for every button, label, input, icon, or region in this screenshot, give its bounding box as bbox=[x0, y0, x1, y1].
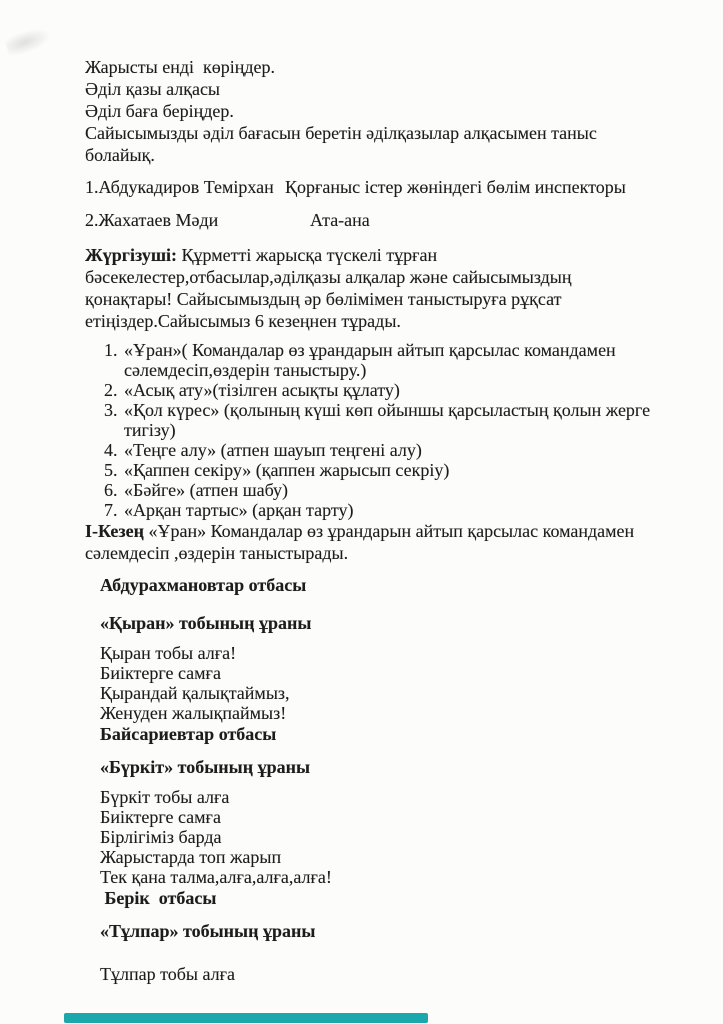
motto-poem: Бүркіт тобы алға Биіктерге самға Бірлігі… bbox=[100, 787, 663, 887]
motto-title: «Тұлпар» тобының ұраны bbox=[100, 920, 663, 942]
motto-title: «Қыран» тобының ұраны bbox=[100, 612, 663, 634]
family-heading: Абдурахмановтар отбасы bbox=[100, 574, 663, 596]
intro-line: Жарысты енді көріңдер. bbox=[85, 56, 663, 78]
judge-role: Ата-ана bbox=[310, 209, 663, 231]
stage-list: «Ұран»( Командалар өз ұрандарын айтып қа… bbox=[85, 340, 663, 520]
poem-line: Биіктерге самға bbox=[100, 663, 663, 683]
stage-item: «Асық ату»(тізілген асықты құлату) bbox=[122, 380, 663, 400]
stage1-paragraph: І-Кезең «Ұран» Командалар өз ұрандарын а… bbox=[85, 520, 663, 564]
stage1-text: «Ұран» Командалар өз ұрандарын айтып қар… bbox=[85, 521, 639, 563]
stage1-label: І-Кезең bbox=[85, 521, 144, 541]
intro-line: Сайысымызды әділ бағасын беретін әділқаз… bbox=[85, 122, 663, 166]
intro-line: Әділ қазы алқасы bbox=[85, 78, 663, 100]
judge-row: 1.Абдукадиров Темірхан Қорғаныс істер жө… bbox=[85, 176, 663, 198]
poem-line: Женуден жалықпаймыз! bbox=[100, 703, 663, 723]
poem-line: Жарыстарда топ жарып bbox=[100, 847, 663, 867]
poem-line: Қыран тобы алға! bbox=[100, 643, 663, 663]
poem-line: Тек қана талма,алға,алға,алға! bbox=[100, 867, 663, 887]
page-content: Жарысты енді көріңдер. Әділ қазы алқасы … bbox=[85, 56, 663, 985]
motto-poem: Қыран тобы алға! Биіктерге самға Қыранда… bbox=[100, 643, 663, 723]
stage-item: «Ұран»( Командалар өз ұрандарын айтып қа… bbox=[122, 340, 663, 380]
intro-line: Әділ баға беріңдер. bbox=[85, 100, 663, 122]
stage-item: «Қаппен секіру» (қаппен жарысып секріу) bbox=[122, 460, 663, 480]
scan-artifact-bar bbox=[64, 1013, 428, 1023]
stage-item: «Қол күрес» (қолының күші көп ойыншы қар… bbox=[122, 400, 663, 440]
poem-line: Бүркіт тобы алға bbox=[100, 787, 663, 807]
poem-line: Бірлігіміз барда bbox=[100, 827, 663, 847]
host-label: Жүргізуші: bbox=[85, 245, 177, 265]
judge-name: 2.Жахатаев Мәди bbox=[85, 209, 310, 231]
poem-line: Қырандай қалықтаймыз, bbox=[100, 683, 663, 703]
scanned-page: Жарысты енді көріңдер. Әділ қазы алқасы … bbox=[0, 0, 723, 1024]
poem-line: Тұлпар тобы алға bbox=[100, 963, 663, 985]
judge-row: 2.Жахатаев Мәди Ата-ана bbox=[85, 209, 663, 231]
stage-item: «Арқан тартыс» (арқан тарту) bbox=[122, 500, 663, 520]
motto-title: «Бүркіт» тобының ұраны bbox=[100, 756, 663, 778]
poem-line: Биіктерге самға bbox=[100, 807, 663, 827]
scan-smudge bbox=[4, 23, 55, 58]
judge-role: Қорғаныс істер жөніндегі бөлім инспектор… bbox=[285, 176, 663, 198]
stage-item: «Теңге алу» (атпен шауып теңгені алу) bbox=[122, 440, 663, 460]
family-heading: Байсариевтар отбасы bbox=[100, 723, 663, 745]
intro-block: Жарысты енді көріңдер. Әділ қазы алқасы … bbox=[85, 56, 663, 166]
family-heading: Берік отбасы bbox=[100, 887, 663, 909]
stage-item: «Бәйге» (атпен шабу) bbox=[122, 480, 663, 500]
host-paragraph: Жүргізуші: Құрметті жарысқа түскелі тұрғ… bbox=[85, 244, 663, 332]
judge-name: 1.Абдукадиров Темірхан bbox=[85, 176, 285, 198]
judges-list: 1.Абдукадиров Темірхан Қорғаныс істер жө… bbox=[85, 176, 663, 231]
